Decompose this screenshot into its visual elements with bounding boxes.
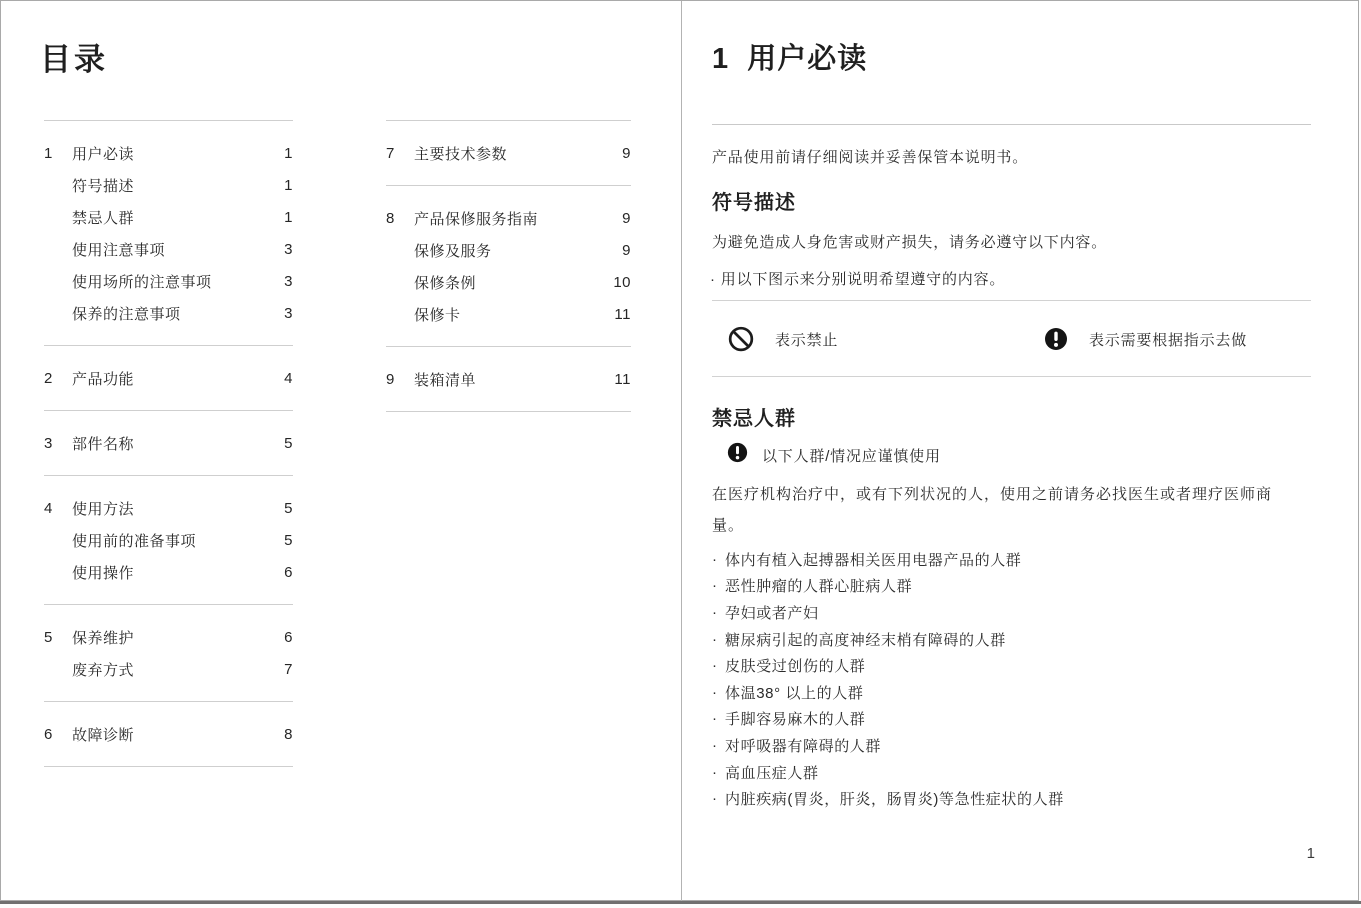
contraindicated-notice: 以下人群/情况应谨慎使用	[727, 442, 941, 468]
toc-entry: 保修卡11	[386, 298, 631, 330]
list-item-text: 内脏疾病(胃炎，肝炎，肠胃炎)等急性症状的人群	[725, 788, 1064, 809]
toc-entry-page: 5	[284, 500, 293, 517]
toc-title: 目录	[40, 34, 108, 79]
list-item-text: 手脚容易麻木的人群	[725, 708, 865, 729]
list-item-text: 皮肤受过创伤的人群	[725, 655, 865, 676]
symbols-heading: 符号描述	[712, 186, 796, 215]
toc-entry-page: 4	[284, 370, 293, 387]
list-item: ·恶性肿瘤的人群心脏病人群	[712, 573, 1322, 600]
toc-entry: 保养的注意事项3	[44, 297, 293, 329]
toc-entry-number: 4	[44, 500, 72, 517]
toc-entry: 4使用方法5	[44, 492, 293, 524]
list-item: ·高血压症人群	[712, 759, 1322, 786]
exclamation-icon	[1044, 327, 1068, 351]
toc-entry-label: 保修及服务	[414, 240, 622, 261]
toc-entry: 6故障诊断8	[44, 718, 293, 750]
toc-entry-page: 8	[284, 726, 293, 743]
toc-column-1: 1用户必读1符号描述1禁忌人群1使用注意事项3使用场所的注意事项3保养的注意事项…	[44, 120, 293, 767]
toc-entry-page: 1	[284, 177, 293, 194]
toc-page: 目录 1用户必读1符号描述1禁忌人群1使用注意事项3使用场所的注意事项3保养的注…	[0, 0, 681, 901]
contraindicated-heading: 禁忌人群	[712, 402, 796, 431]
toc-entry-label: 使用场所的注意事项	[72, 271, 284, 292]
toc-group: 9装箱清单11	[386, 347, 631, 412]
toc-entry-label: 用户必读	[72, 143, 284, 164]
list-item: ·手脚容易麻木的人群	[712, 706, 1322, 733]
bullet-dot-icon: ·	[712, 790, 725, 807]
toc-group: 8产品保修服务指南9保修及服务9保修条例10保修卡11	[386, 186, 631, 347]
symbol-mandatory-label: 表示需要根据指示去做	[1089, 329, 1247, 350]
contraindicated-notice-label: 以下人群/情况应谨慎使用	[762, 445, 941, 466]
prohibition-icon	[728, 326, 754, 352]
bullet-dot-icon: ·	[712, 577, 725, 594]
list-item-text: 对呼吸器有障碍的人群	[725, 735, 881, 756]
toc-entry-number: 1	[44, 145, 72, 162]
toc-entry-page: 11	[614, 371, 631, 388]
bullet-dot-icon: ·	[712, 657, 725, 674]
page-number: 1	[1307, 845, 1315, 862]
symbols-line1: 为避免造成人身危害或财产损失，请务必遵守以下内容。	[712, 231, 1107, 252]
bullet-dot-icon: ·	[712, 710, 725, 727]
symbols-rule-bottom	[712, 376, 1311, 377]
toc-entry-label: 废弃方式	[72, 659, 284, 680]
toc-entry-label: 符号描述	[72, 175, 284, 196]
list-item-text: 糖尿病引起的高度神经末梢有障碍的人群	[725, 629, 1006, 650]
toc-entry: 使用前的准备事项5	[44, 524, 293, 556]
toc-entry: 使用注意事项3	[44, 233, 293, 265]
toc-entry-label: 使用前的准备事项	[72, 530, 284, 551]
toc-group: 5保养维护6废弃方式7	[44, 605, 293, 702]
toc-group: 2产品功能4	[44, 346, 293, 411]
contraindicated-paragraph: 在医疗机构治疗中，或有下列状况的人，使用之前请务必找医生或者理疗医师商量。	[712, 479, 1297, 541]
bullet-dot-icon: ·	[712, 631, 725, 648]
exclamation-icon	[727, 442, 748, 468]
toc-entry-number: 5	[44, 629, 72, 646]
symbols-rule-top	[712, 300, 1311, 301]
document-view: 目录 1用户必读1符号描述1禁忌人群1使用注意事项3使用场所的注意事项3保养的注…	[0, 0, 1361, 908]
toc-entry: 9装箱清单11	[386, 363, 631, 395]
toc-group: 3部件名称5	[44, 411, 293, 476]
toc-entry-label: 使用操作	[72, 562, 284, 583]
toc-entry-page: 5	[284, 435, 293, 452]
toc-entry: 保修及服务9	[386, 234, 631, 266]
bullet-dot-icon: ·	[712, 737, 725, 754]
toc-entry-label: 保修条例	[414, 272, 613, 293]
toc-group: 4使用方法5使用前的准备事项5使用操作6	[44, 476, 293, 605]
toc-entry: 8产品保修服务指南9	[386, 202, 631, 234]
chapter-page: 1 用户必读 产品使用前请仔细阅读并妥善保管本说明书。 符号描述 为避免造成人身…	[682, 0, 1359, 901]
bullet-dot-icon: ·	[712, 764, 725, 781]
toc-entry-label: 保修卡	[414, 304, 614, 325]
toc-entry: 2产品功能4	[44, 362, 293, 394]
toc-entry-label: 禁忌人群	[72, 207, 284, 228]
toc-entry: 使用操作6	[44, 556, 293, 588]
chapter-title: 1 用户必读	[712, 36, 867, 77]
toc-entry-label: 产品保修服务指南	[414, 208, 622, 229]
list-item: ·对呼吸器有障碍的人群	[712, 732, 1322, 759]
toc-entry-number: 8	[386, 210, 414, 227]
bottom-edge	[0, 901, 1361, 904]
toc-entry-label: 使用方法	[72, 498, 284, 519]
toc-entry-label: 使用注意事项	[72, 239, 284, 260]
toc-entry-label: 产品功能	[72, 368, 284, 389]
toc-entry-number: 9	[386, 371, 414, 388]
toc-entry-page: 3	[284, 241, 293, 258]
toc-entry-label: 部件名称	[72, 433, 284, 454]
symbol-prohibition-label: 表示禁止	[775, 329, 838, 350]
toc-entry-label: 保养的注意事项	[72, 303, 284, 324]
toc-entry-page: 11	[614, 306, 631, 323]
list-item-text: 体温38° 以上的人群	[725, 682, 863, 703]
toc-entry: 保修条例10	[386, 266, 631, 298]
bullet-dot-icon: ·	[712, 684, 725, 701]
toc-entry-page: 6	[284, 564, 293, 581]
toc-entry-label: 装箱清单	[414, 369, 614, 390]
toc-entry-label: 故障诊断	[72, 724, 284, 745]
toc-entry-page: 5	[284, 532, 293, 549]
toc-group: 7主要技术参数9	[386, 121, 631, 186]
toc-entry-number: 3	[44, 435, 72, 452]
toc-entry-page: 10	[613, 274, 631, 291]
toc-entry-label: 主要技术参数	[414, 143, 622, 164]
toc-entry: 禁忌人群1	[44, 201, 293, 233]
toc-entry-number: 6	[44, 726, 72, 743]
toc-column-2: 7主要技术参数98产品保修服务指南9保修及服务9保修条例10保修卡119装箱清单…	[386, 120, 631, 412]
toc-entry: 3部件名称5	[44, 427, 293, 459]
toc-entry-page: 1	[284, 145, 293, 162]
toc-entry: 1用户必读1	[44, 137, 293, 169]
list-item: ·孕妇或者产妇	[712, 599, 1322, 626]
toc-entry-label: 保养维护	[72, 627, 284, 648]
intro-text: 产品使用前请仔细阅读并妥善保管本说明书。	[712, 146, 1028, 167]
toc-entry-page: 9	[622, 145, 631, 162]
toc-entry-page: 1	[284, 209, 293, 226]
toc-entry-page: 7	[284, 661, 293, 678]
toc-entry-page: 6	[284, 629, 293, 646]
list-item: ·皮肤受过创伤的人群	[712, 652, 1322, 679]
contraindicated-list: ·体内有植入起搏器相关医用电器产品的人群·恶性肿瘤的人群心脏病人群·孕妇或者产妇…	[712, 546, 1322, 812]
toc-entry: 使用场所的注意事项3	[44, 265, 293, 297]
list-item: ·糖尿病引起的高度神经末梢有障碍的人群	[712, 626, 1322, 653]
toc-entry-page: 9	[622, 210, 631, 227]
list-item-text: 孕妇或者产妇	[725, 602, 819, 623]
list-item: ·内脏疾病(胃炎，肝炎，肠胃炎)等急性症状的人群	[712, 785, 1322, 812]
list-item: ·体温38° 以上的人群	[712, 679, 1322, 706]
list-item: ·体内有植入起搏器相关医用电器产品的人群	[712, 546, 1322, 573]
bullet-dot-icon: ·	[712, 604, 725, 621]
list-item-text: 体内有植入起搏器相关医用电器产品的人群	[725, 549, 1021, 570]
toc-entry-page: 3	[284, 273, 293, 290]
toc-entry: 废弃方式7	[44, 653, 293, 685]
toc-entry-page: 3	[284, 305, 293, 322]
toc-entry-number: 2	[44, 370, 72, 387]
title-rule	[712, 124, 1311, 125]
toc-group: 1用户必读1符号描述1禁忌人群1使用注意事项3使用场所的注意事项3保养的注意事项…	[44, 121, 293, 346]
symbol-prohibition: 表示禁止	[728, 326, 838, 352]
list-item-text: 高血压症人群	[725, 762, 819, 783]
bullet-dot-icon: ·	[712, 551, 725, 568]
toc-entry: 7主要技术参数9	[386, 137, 631, 169]
symbol-mandatory: 表示需要根据指示去做	[1044, 327, 1247, 351]
toc-entry-page: 9	[622, 242, 631, 259]
toc-entry-number: 7	[386, 145, 414, 162]
symbols-line2: · 用以下图示来分别说明希望遵守的内容。	[710, 268, 1005, 289]
toc-entry: 5保养维护6	[44, 621, 293, 653]
toc-entry: 符号描述1	[44, 169, 293, 201]
list-item-text: 恶性肿瘤的人群心脏病人群	[725, 575, 912, 596]
toc-group: 6故障诊断8	[44, 702, 293, 767]
